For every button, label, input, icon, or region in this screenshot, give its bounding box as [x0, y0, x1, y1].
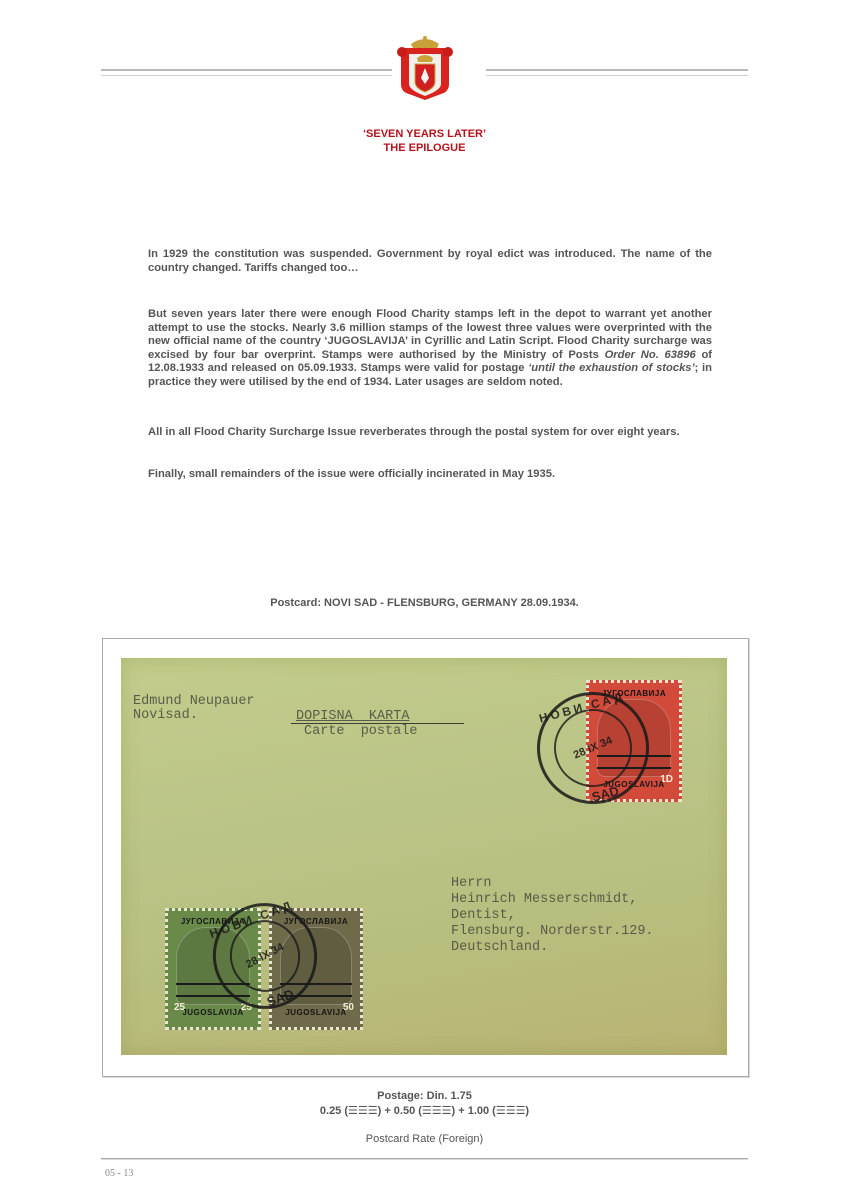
- header-rule-right: [486, 69, 748, 76]
- paragraph-summary: All in all Flood Charity Surcharge Issue…: [148, 426, 712, 440]
- paragraph-constitution: In 1929 the constitution was suspended. …: [148, 248, 712, 275]
- postage-breakdown: 0.25 (☰☰☰) + 0.50 (☰☰☰) + 1.00 (☰☰☰): [0, 1104, 849, 1117]
- order-reference: Order No. 63896: [605, 349, 696, 361]
- paragraph-incineration: Finally, small remainders of the issue w…: [148, 468, 712, 482]
- coat-of-arms-icon: [395, 34, 455, 100]
- paragraph-overprint-history: But seven years later there were enough …: [148, 308, 712, 390]
- recipient-address: Herrn Heinrich Messerschmidt, Dentist, F…: [451, 876, 654, 956]
- card-title: DOPISNA KARTA: [296, 710, 409, 724]
- page-number: 05 - 13: [105, 1168, 133, 1179]
- postcard-image: Edmund Neupauer Novisad. DOPISNA KARTA C…: [121, 658, 727, 1055]
- validity-quote: ‘until the exhaustion of stocks’: [528, 362, 694, 374]
- exhibit-caption: Postcard: NOVI SAD - FLENSBURG, GERMANY …: [0, 597, 849, 609]
- footer-rule: [101, 1158, 748, 1159]
- header-rule-left: [101, 69, 392, 76]
- page-title: ‘SEVEN YEARS LATER’: [0, 128, 849, 141]
- page-subtitle: THE EPILOGUE: [0, 142, 849, 155]
- postage-rate: Postcard Rate (Foreign): [0, 1133, 849, 1145]
- card-subtitle: Carte postale: [304, 725, 417, 739]
- sender-address: Edmund Neupauer Novisad.: [133, 695, 255, 723]
- postage-total: Postage: Din. 1.75: [0, 1090, 849, 1102]
- overprint-latin: JUGOSLAVIJA: [276, 1008, 356, 1017]
